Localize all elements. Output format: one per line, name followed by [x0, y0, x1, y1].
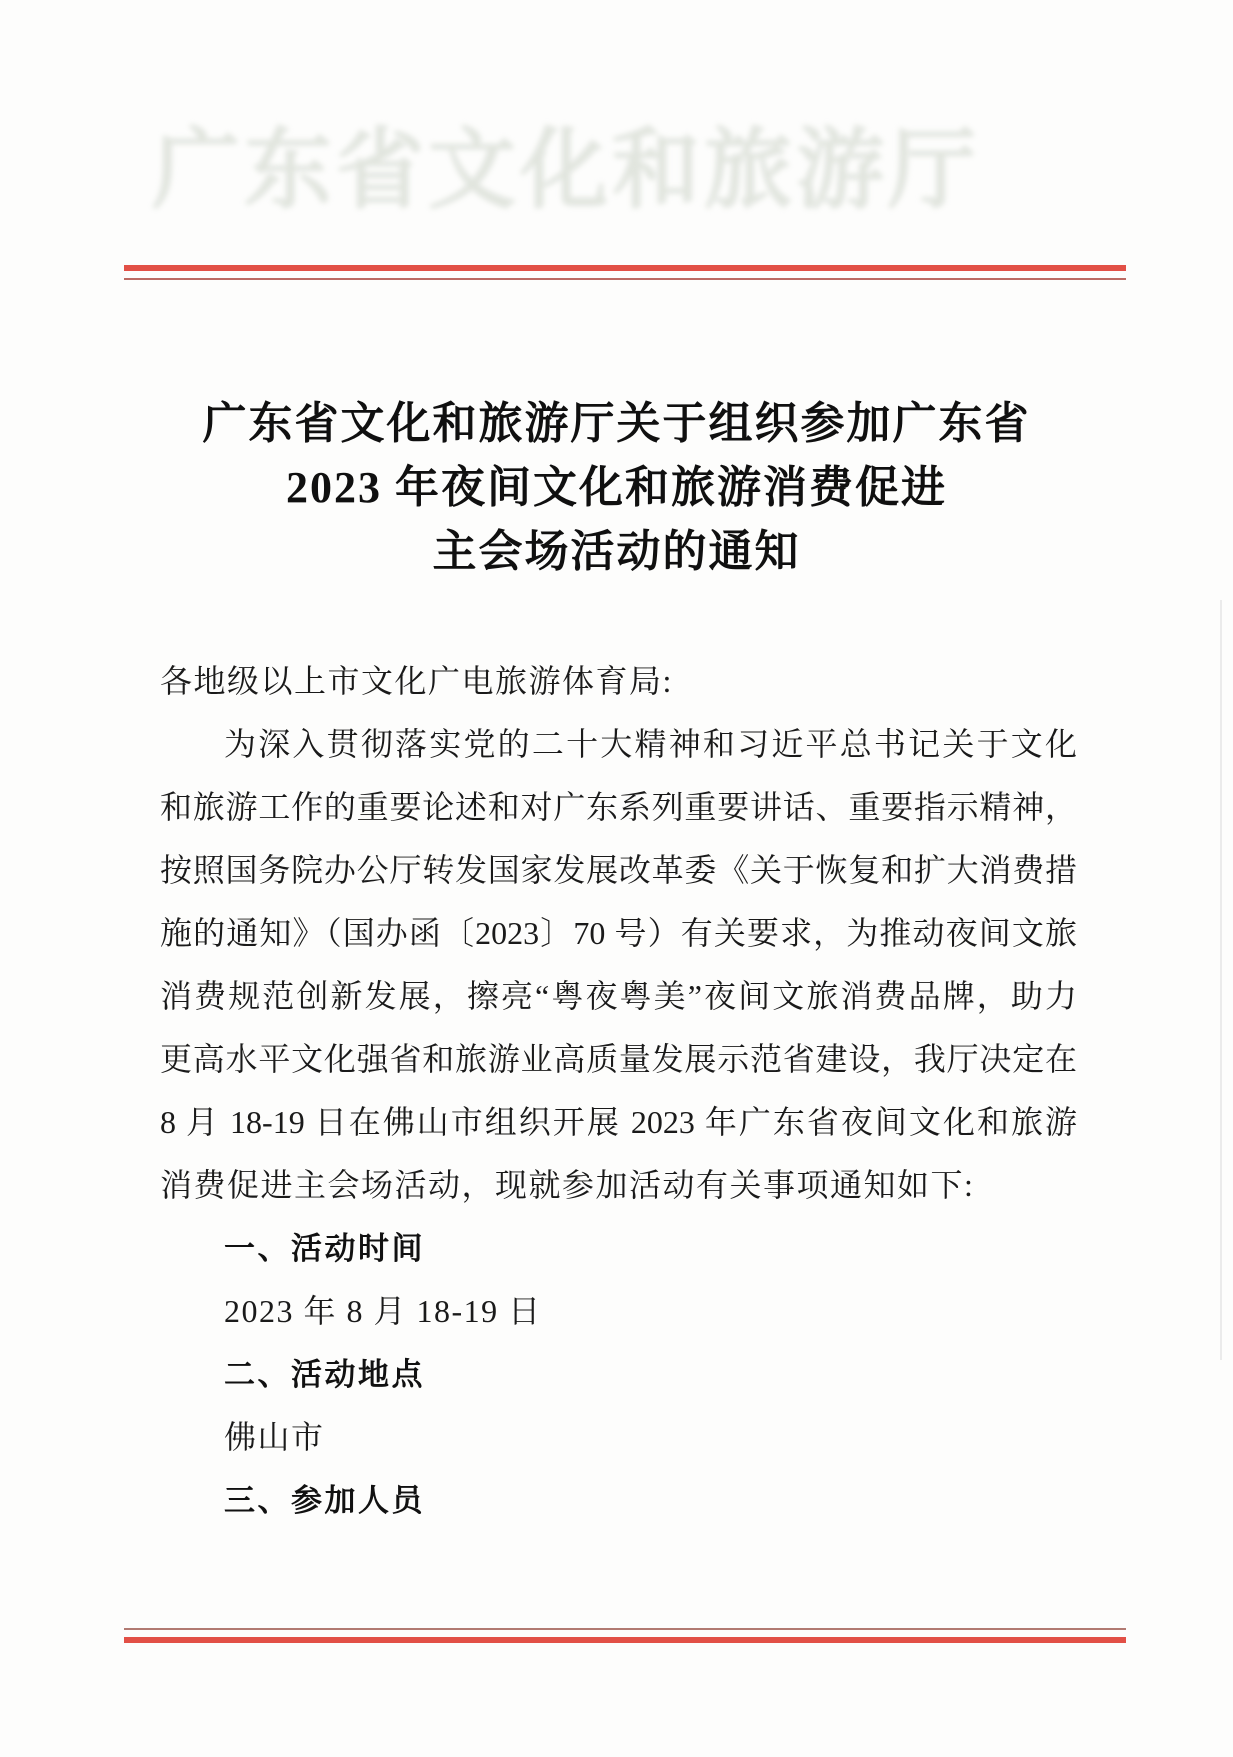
paragraph-line: 8 月 18-19 日在佛山市组织开展 2023 年广东省夜间文化和旅游	[160, 1091, 1077, 1154]
letterhead-watermark: 广东省文化和旅游厅	[152, 112, 982, 232]
paragraph-line: 消费规范创新发展，擦亮“粤夜粤美”夜间文旅消费品牌，助力	[160, 965, 1077, 1028]
section-heading-time: 一、活动时间	[160, 1217, 1077, 1280]
top-rule-thick	[124, 265, 1126, 271]
scan-artifact-line	[1220, 600, 1222, 1360]
bottom-rule-thick	[124, 1637, 1126, 1643]
paragraph-line: 施的通知》（国办函〔2023〕70 号）有关要求，为推动夜间文旅	[160, 902, 1077, 965]
bottom-rule-thin	[124, 1628, 1126, 1630]
paragraph-line: 和旅游工作的重要论述和对广东系列重要讲话、重要指示精神，	[160, 776, 1077, 839]
title-line-2: 2023 年夜间文化和旅游消费促进	[0, 456, 1233, 520]
document-title: 广东省文化和旅游厅关于组织参加广东省 2023 年夜间文化和旅游消费促进 主会场…	[0, 392, 1233, 584]
paragraph-line: 按照国务院办公厅转发国家发展改革委《关于恢复和扩大消费措	[160, 839, 1077, 902]
section-content-time: 2023 年 8 月 18-19 日	[160, 1280, 1077, 1343]
document-body: 各地级以上市文化广电旅游体育局: 为深入贯彻落实党的二十大精神和习近平总书记关于…	[160, 650, 1077, 1532]
title-line-1: 广东省文化和旅游厅关于组织参加广东省	[0, 392, 1233, 456]
title-line-3: 主会场活动的通知	[0, 520, 1233, 584]
paragraph-line: 更高水平文化强省和旅游业高质量发展示范省建设，我厅决定在	[160, 1028, 1077, 1091]
top-rule-thin	[124, 278, 1126, 280]
section-heading-location: 二、活动地点	[160, 1343, 1077, 1406]
section-heading-participants: 三、参加人员	[160, 1469, 1077, 1532]
document-page: 广东省文化和旅游厅 广东省文化和旅游厅关于组织参加广东省 2023 年夜间文化和…	[0, 0, 1233, 1757]
paragraph-line: 消费促进主会场活动，现就参加活动有关事项通知如下:	[160, 1154, 1077, 1217]
paragraph-line: 为深入贯彻落实党的二十大精神和习近平总书记关于文化	[160, 713, 1077, 776]
salutation: 各地级以上市文化广电旅游体育局:	[160, 650, 1077, 713]
section-content-location: 佛山市	[160, 1406, 1077, 1469]
